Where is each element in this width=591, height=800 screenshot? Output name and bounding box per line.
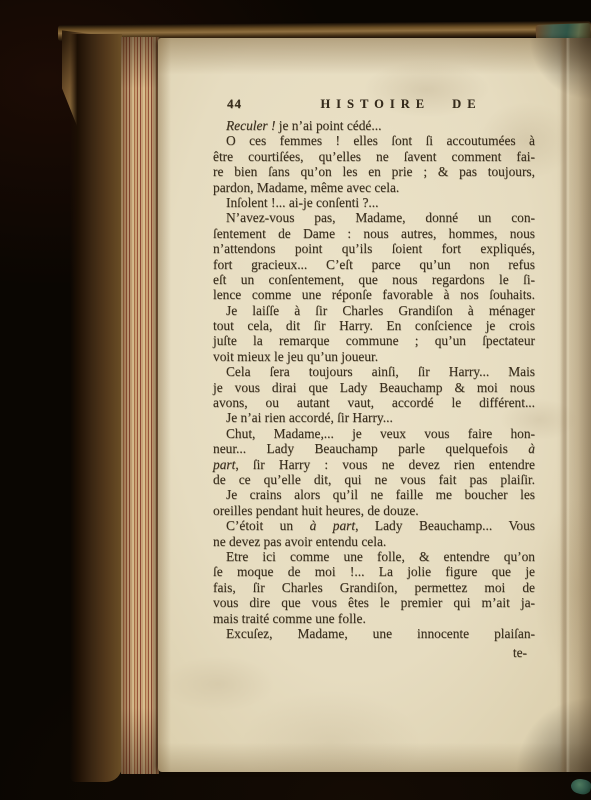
text-line: ne devez pas avoir entendu cela. [213,534,535,549]
text-line: pardon, Madame, même avec cela. [213,180,535,195]
gutter-crease [560,38,570,772]
catchword: te- [213,645,535,660]
text-line: N’avez-vous pas, Madame, donné un con- [213,210,535,225]
text-segment: Excuſez, Madame, une innocente plaiſan- [226,626,535,641]
text-segment: vous dire que vous êtes le premier qui m… [213,595,535,610]
text-segment: mais traité comme une folle. [213,611,366,626]
text-line: Je crains alors qu’il ne faille me bouch… [213,487,535,502]
text-line: ſe moque de moi !... La jolie figure que… [213,564,535,579]
text-segment: tout cela, dit ſir Harry. En conſcience … [213,318,535,333]
text-line: oreilles pendant huit heures, de douze. [213,503,535,518]
text-segment: Je crains alors qu’il ne faille me bouch… [226,487,535,502]
text-segment: O ces femmes ! elles ſont ſi accoutumées… [226,133,535,148]
running-head: HISTOIRE DE [288,97,514,112]
text-line: n’attendons point qu’ils ſoient fort exp… [213,241,535,256]
text-segment: Cela ſera toujours ainſi, ſir Harry... M… [226,364,535,379]
text-segment: Chut, Madame,... je veux vous faire hon- [226,426,535,441]
text-line: Je n’ai rien accordé, ſir Harry... [213,410,535,425]
text-line: voit mieux le jeu qu’un joueur. [213,349,535,364]
text-line: Inſolent !... ai-je conſenti ?... [213,195,535,210]
text-segment: Etre ici comme une folle, & entendre qu’… [226,549,535,564]
page-stack-fore-edge [121,37,159,774]
text-line: vous dire que vous êtes le premier qui m… [213,595,535,610]
text-line: avons, ou autant vaut, accordé le différ… [213,395,535,410]
text-line: fort gracieux... C’eſt parce qu’un non r… [213,257,535,272]
page-number: 44 [227,96,242,112]
text-line: Chut, Madame,... je veux vous faire hon- [213,426,535,441]
text-segment: eſt un conſentement, que nous regardons … [213,272,535,287]
text-segment: je n’ai point cédé... [275,118,381,133]
text-line: Reculer ! je n’ai point cédé... [213,118,535,133]
text-segment: Inſolent !... ai-je conſenti ?... [226,195,378,210]
text-line: Excuſez, Madame, une innocente plaiſan- [213,626,535,641]
text-line: lence comme une réponſe favorable à nos … [213,287,535,302]
text-segment: être courtiſées, qu’elles ne ſavent comm… [213,149,535,164]
text-segment: lence comme une réponſe favorable à nos … [213,287,535,302]
text-segment: part [213,457,235,472]
text-segment: Reculer ! [226,118,275,133]
text-segment: , ſir Harry : vous ne devez rien entendr… [235,457,535,472]
text-segment: je vous dirai que Lady Beauchamp & moi n… [213,380,535,395]
text-line: re bien ſans qu’on les en prie ; & pas t… [213,164,535,179]
text-segment: Je n’ai rien accordé, ſir Harry... [226,410,393,425]
text-segment: pardon, Madame, même avec cela. [213,180,399,195]
text-line: C’étoit un à part, Lady Beauchamp... Vou… [213,518,535,533]
text-line: Cela ſera toujours ainſi, ſir Harry... M… [213,364,535,379]
book-page: 44 HISTOIRE DE Reculer ! je n’ai point c… [158,38,591,772]
text-segment: C’étoit un [226,518,310,533]
text-line: eſt un conſentement, que nous regardons … [213,272,535,287]
text-line: ſentement de Dame : nous autres, hommes,… [213,226,535,241]
text-line: Je laiſſe à ſir Charles Grandiſon à ména… [213,303,535,318]
text-segment: , Lady Beauchamp... Vous [355,518,535,533]
text-line: O ces femmes ! elles ſont ſi accoutumées… [213,133,535,148]
text-segment: fais, ſir Charles Grandiſon, permettez m… [213,580,535,595]
text-line: être courtiſées, qu’elles ne ſavent comm… [213,149,535,164]
headband-bottom [569,777,591,796]
text-line: Etre ici comme une folle, & entendre qu’… [213,549,535,564]
text-segment: ſe moque de moi !... La jolie figure que… [213,564,535,579]
text-line: fais, ſir Charles Grandiſon, permettez m… [213,580,535,595]
text-segment: ſentement de Dame : nous autres, hommes,… [213,226,535,241]
text-line: tout cela, dit ſir Harry. En conſcience … [213,318,535,333]
text-line: juſte la remarque commune ; qu’un ſpecta… [213,333,535,348]
text-segment: avons, ou autant vaut, accordé le différ… [213,395,535,410]
text-segment: neur... Lady Beauchamp parle quelquefois [213,441,528,456]
text-segment: voit mieux le jeu qu’un joueur. [213,349,378,364]
text-segment: à part [310,518,356,533]
text-segment: à [528,441,535,456]
text-line: neur... Lady Beauchamp parle quelquefois… [213,441,535,456]
text-line: part, ſir Harry : vous ne devez rien ent… [213,457,535,472]
text-block: Reculer ! je n’ai point cédé...O ces fem… [213,118,535,641]
text-segment: fort gracieux... C’eſt parce qu’un non r… [213,257,535,272]
text-segment: oreilles pendant huit heures, de douze. [213,503,419,518]
photographed-book: 44 HISTOIRE DE Reculer ! je n’ai point c… [0,0,591,800]
text-line: mais traité comme une folle. [213,611,535,626]
text-segment: re bien ſans qu’on les en prie ; & pas t… [213,164,535,179]
text-segment: de ce qu’elle dit, qui ne vous fait pas … [213,472,535,487]
leather-board [70,34,122,782]
gutter-facing-page [569,38,591,772]
text-segment: ne devez pas avoir entendu cela. [213,534,386,549]
text-segment: n’attendons point qu’ils ſoient fort exp… [213,241,535,256]
text-line: de ce qu’elle dit, qui ne vous fait pas … [213,472,535,487]
text-segment: juſte la remarque commune ; qu’un ſpecta… [213,333,535,348]
text-segment: N’avez-vous pas, Madame, donné un con- [226,210,535,225]
text-line: je vous dirai que Lady Beauchamp & moi n… [213,380,535,395]
text-segment: Je laiſſe à ſir Charles Grandiſon à ména… [226,303,535,318]
